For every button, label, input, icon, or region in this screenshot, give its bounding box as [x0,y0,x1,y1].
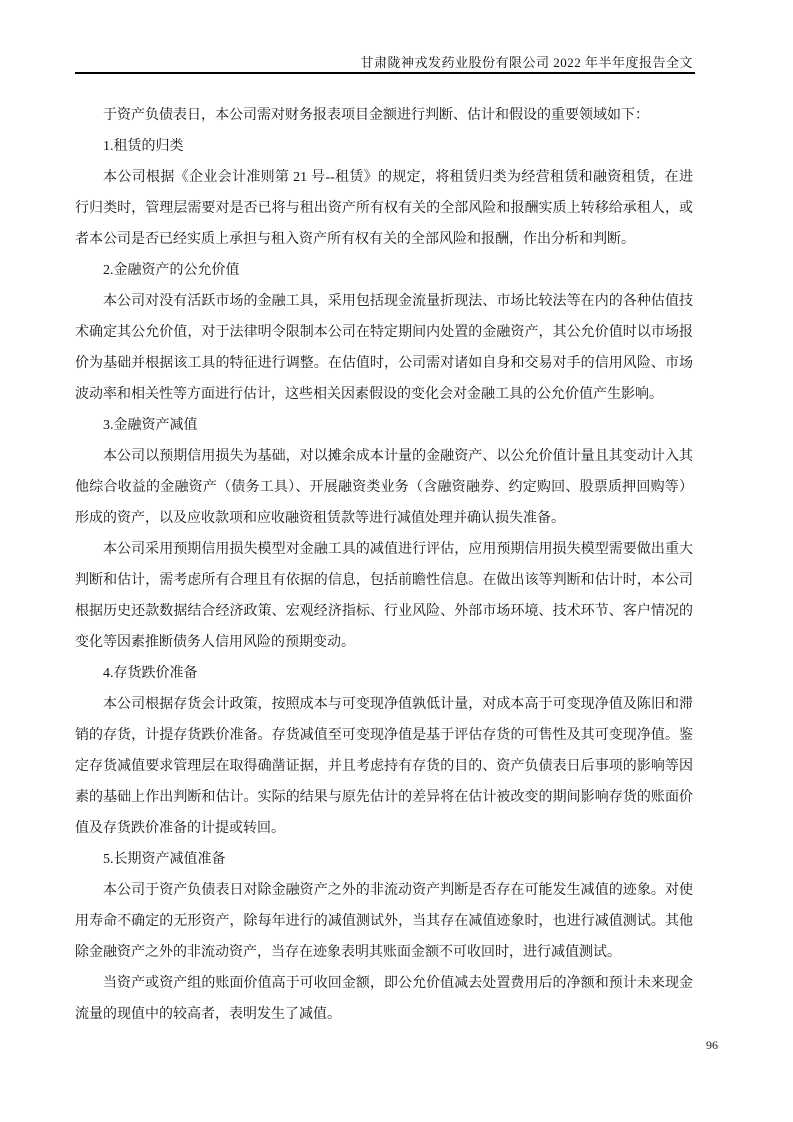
document-body: 于资产负债表日，本公司需对财务报表项目金额进行判断、估计和假设的重要领域如下： … [75,100,693,1030]
section-5-paragraph-2: 当资产或资产组的账面价值高于可收回金额，即公允价值减去处置费用后的净额和预计未来… [75,968,693,1030]
section-1-paragraph: 本公司根据《企业会计准则第 21 号--租赁》的规定，将租赁归类为经营租赁和融资… [75,162,693,255]
section-5-paragraph-1: 本公司于资产负债表日对除金融资产之外的非流动资产判断是否存在可能发生减值的迹象。… [75,875,693,968]
header-divider-rule [75,72,695,74]
report-header-title: 甘肃陇神戎发药业股份有限公司 2022 年半年度报告全文 [75,52,693,71]
section-2-paragraph: 本公司对没有活跃市场的金融工具，采用包括现金流量折现法、市场比较法等在内的各种估… [75,286,693,410]
section-heading-2: 2.金融资产的公允价值 [75,255,693,286]
section-heading-5: 5.长期资产减值准备 [75,844,693,875]
intro-paragraph: 于资产负债表日，本公司需对财务报表项目金额进行判断、估计和假设的重要领域如下： [75,100,693,131]
section-heading-3: 3.金融资产减值 [75,410,693,441]
section-heading-4: 4.存货跌价准备 [75,658,693,689]
section-3-paragraph-2: 本公司采用预期信用损失模型对金融工具的减值进行评估，应用预期信用损失模型需要做出… [75,534,693,658]
report-page: 甘肃陇神戎发药业股份有限公司 2022 年半年度报告全文 于资产负债表日，本公司… [0,0,793,1122]
page-number: 96 [706,1038,718,1053]
section-4-paragraph: 本公司根据存货会计政策，按照成本与可变现净值孰低计量，对成本高于可变现净值及陈旧… [75,689,693,844]
section-3-paragraph-1: 本公司以预期信用损失为基础，对以摊余成本计量的金融资产、以公允价值计量且其变动计… [75,441,693,534]
section-heading-1: 1.租赁的归类 [75,131,693,162]
